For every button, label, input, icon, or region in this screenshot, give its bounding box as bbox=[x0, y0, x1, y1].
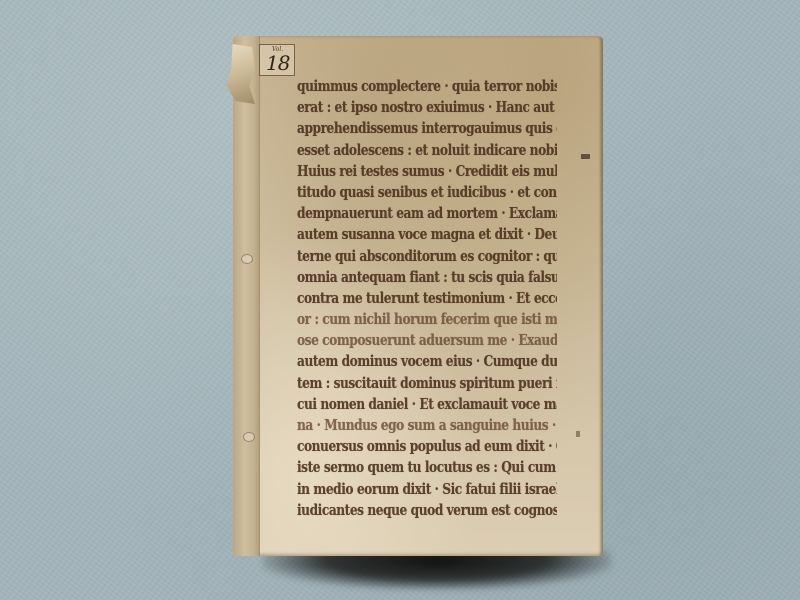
vellum-bound-book: Vol. 18 quimmus complectere · quia terro… bbox=[233, 36, 603, 556]
shelfmark-number: 18 bbox=[266, 51, 289, 75]
tie-hole-mark bbox=[576, 431, 580, 437]
fore-edge bbox=[599, 36, 603, 556]
sewing-station-knot bbox=[243, 432, 255, 442]
manuscript-text-block: quimmus complectere · quia terror nobis … bbox=[297, 76, 557, 521]
manuscript-line: iudicantes neque quod verum est cognosce… bbox=[297, 497, 557, 523]
shelfmark-label: Vol. 18 bbox=[259, 44, 295, 76]
sewing-station-knot bbox=[241, 254, 253, 264]
clasp-remnant-mark bbox=[581, 154, 590, 159]
book-spine bbox=[233, 36, 260, 556]
